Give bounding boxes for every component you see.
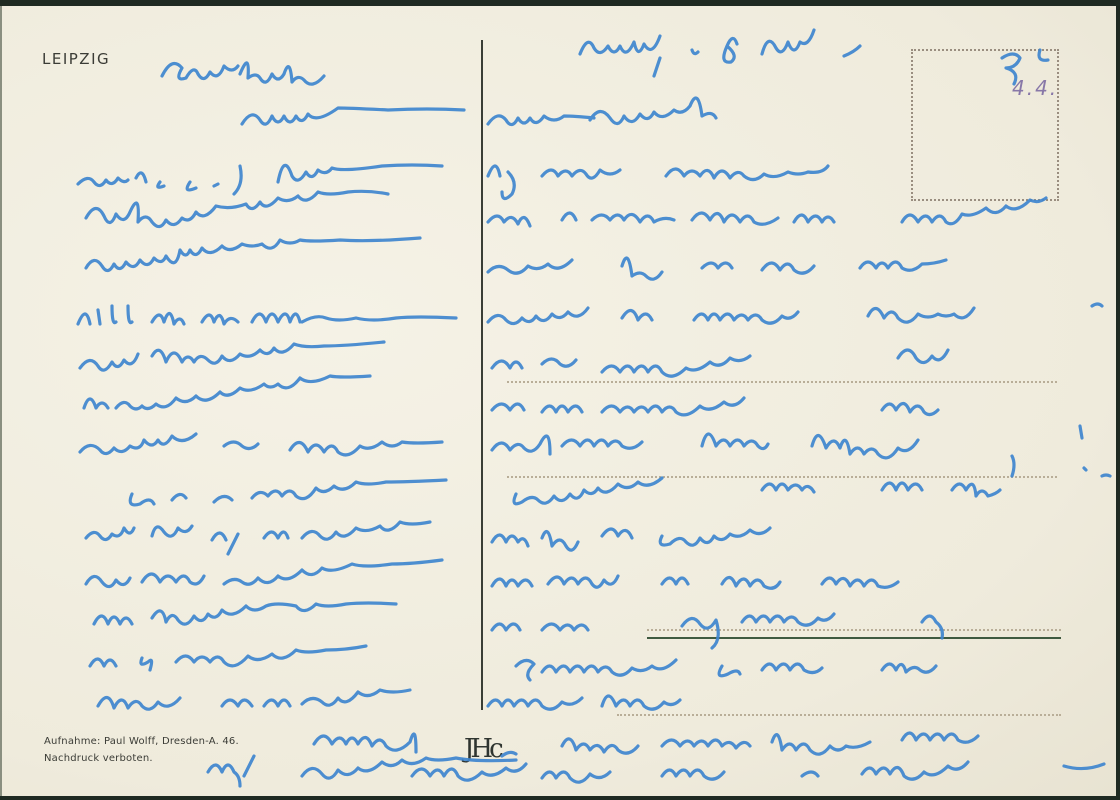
handwriting-left [78, 63, 516, 786]
handwriting-right [412, 98, 1110, 782]
handwriting-ink [2, 6, 1116, 796]
postcard: LEIPZIG Aufnahme: Paul Wolff, Dresden-A.… [0, 6, 1116, 796]
